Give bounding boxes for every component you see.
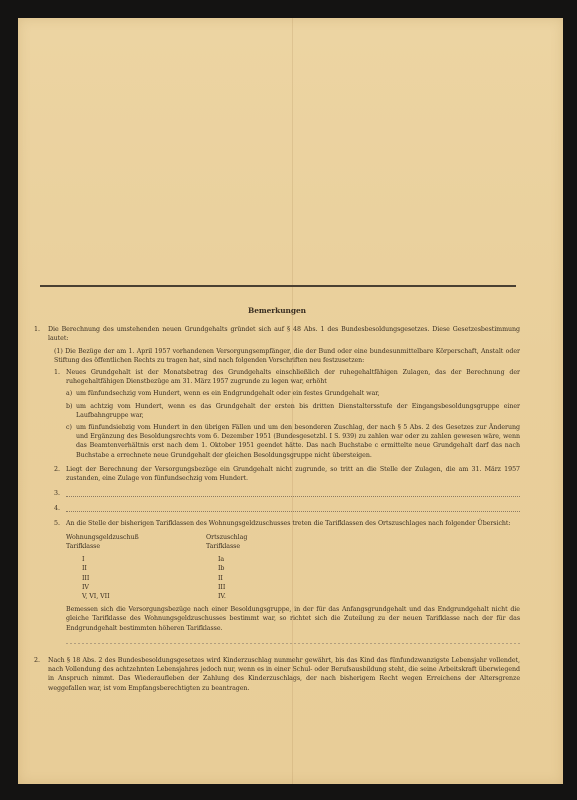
table-cell: II [66, 564, 206, 573]
table-header-right-line2: Tarifklasse [206, 542, 346, 551]
table-header-right-line1: Ortszuschlag [206, 533, 346, 542]
remark-intro: Die Berechnung des umstehenden neuen Gru… [48, 325, 520, 343]
table-cell: III [66, 574, 206, 583]
subitem-c: c) um fünfundsiebzig vom Hundert in den … [66, 423, 520, 460]
remarks-section: Bemerkungen 1. Die Berechnung des umsteh… [34, 306, 520, 697]
blank-fill-line [66, 504, 520, 512]
table-cell: I [66, 555, 206, 564]
item-number: 4. [54, 504, 66, 513]
law-item-3-blank: 3. [48, 489, 520, 498]
table-cell: III [206, 583, 346, 592]
item-number: 1. [54, 368, 66, 460]
item-text: Liegt der Berechnung der Versorgungsbezü… [66, 465, 520, 483]
subitem-text: um fünfundsechzig vom Hundert, wenn es e… [76, 389, 520, 398]
remark-1: 1. Die Berechnung des umstehenden neuen … [34, 325, 520, 633]
law-item-2: 2. Liegt der Berechnung der Versorgungsb… [48, 465, 520, 483]
section-heading: Bemerkungen [34, 306, 520, 315]
table-header-left-line2: Tarifklasse [66, 542, 206, 551]
item-number: 2. [54, 465, 66, 483]
item-number: 5. [54, 519, 66, 633]
subitem-text: um achtzig vom Hundert, wenn es das Grun… [76, 402, 520, 420]
remark-number: 2. [34, 656, 48, 693]
subitem-a: a) um fünfundsechzig vom Hundert, wenn e… [66, 389, 520, 398]
law-item-1: 1. Neues Grundgehalt ist der Monatsbetra… [48, 368, 520, 460]
table-cell: IV. [206, 592, 346, 601]
law-item-4-blank: 4. [48, 504, 520, 513]
remark-text: Nach § 18 Abs. 2 des Bundesbesoldungsges… [48, 656, 520, 693]
table-cell: V, VI, VII [66, 592, 206, 601]
remark-number: 1. [34, 325, 48, 633]
divider-rule [40, 285, 516, 287]
item-number: 3. [54, 489, 66, 498]
table-cell: II [206, 574, 346, 583]
law-item-5: 5. An die Stelle der bisherigen Tarifkla… [48, 519, 520, 633]
subitem-b: b) um achtzig vom Hundert, wenn es das G… [66, 402, 520, 420]
blank-fill-line [66, 489, 520, 497]
item-text: Neues Grundgehalt ist der Monatsbetrag d… [66, 368, 520, 386]
table-cell: Ia [206, 555, 346, 564]
tariff-class-table: Wohnungsgeldzuschuß Ortszuschlag Tarifkl… [66, 533, 520, 601]
section-separator [66, 643, 520, 644]
subitem-letter: b) [66, 402, 76, 420]
closing-paragraph: Bemessen sich die Versorgungsbezüge nach… [66, 605, 520, 633]
subitem-letter: a) [66, 389, 76, 398]
subitem-text: um fünfundsiebzig vom Hundert in den übr… [76, 423, 520, 460]
law-paragraph-1: (1) Die Bezüge der am 1. April 1957 vorh… [48, 347, 520, 365]
table-cell: IV [66, 583, 206, 592]
item-text: An die Stelle der bisherigen Tarifklasse… [66, 519, 520, 528]
table-header-left-line1: Wohnungsgeldzuschuß [66, 533, 206, 542]
remark-2: 2. Nach § 18 Abs. 2 des Bundesbesoldungs… [34, 656, 520, 693]
subitem-letter: c) [66, 423, 76, 460]
document-page: Bemerkungen 1. Die Berechnung des umsteh… [18, 18, 563, 784]
table-cell: Ib [206, 564, 346, 573]
